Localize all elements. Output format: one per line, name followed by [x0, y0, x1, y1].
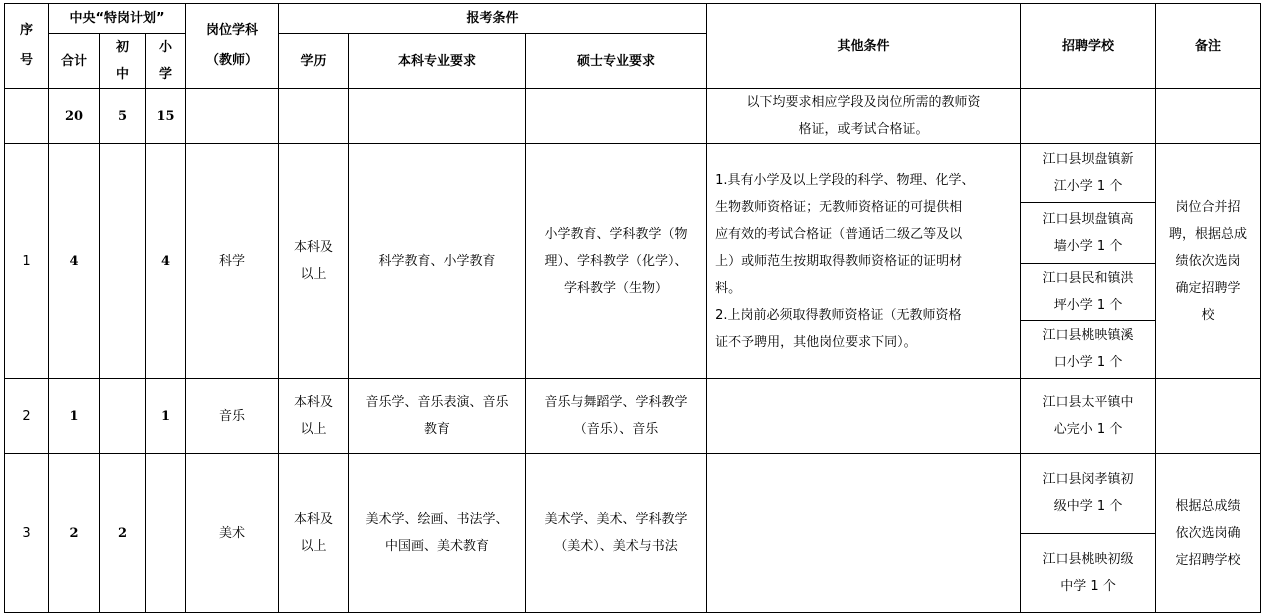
- row-junior: 2: [100, 454, 146, 613]
- summary-junior: 5: [100, 89, 146, 144]
- row-master-major: 小学教育、学科教学（物 理）、学科教学（化学）、 学科教学（生物）: [526, 144, 707, 379]
- row-bachelor-major: 音乐学、音乐表演、音乐 教育: [349, 379, 526, 454]
- row-bachelor-major: 科学教育、小学教育: [349, 144, 526, 379]
- header-seq: 序 号: [5, 4, 49, 89]
- row-master-major: 美术学、美术、学科教学 （美术）、美术与书法: [526, 454, 707, 613]
- row-total: 4: [49, 144, 100, 379]
- row-primary: 1: [146, 379, 186, 454]
- header-plan-group: 中央“特岗计划”: [49, 4, 186, 34]
- row-total: 1: [49, 379, 100, 454]
- header-education: 学历: [279, 34, 349, 89]
- header-master-major: 硕士专业要求: [526, 34, 707, 89]
- summary-other-conditions: 以下均要求相应学段及岗位所需的教师资 格证，或考试合格证。: [707, 89, 1021, 144]
- school-item: 江口县太平镇中 心完小 1 个: [1021, 379, 1156, 454]
- row-master-major: 音乐与舞蹈学、学科教学 （音乐）、音乐: [526, 379, 707, 454]
- header-schools: 招聘学校: [1021, 4, 1156, 89]
- summary-schools: [1021, 89, 1156, 144]
- header-bachelor-major: 本科专业要求: [349, 34, 526, 89]
- row-remarks: 根据总成绩 依次选岗确 定招聘学校: [1156, 454, 1261, 613]
- row-other-conditions: [707, 379, 1021, 454]
- header-plan-primary: 小 学: [146, 34, 186, 89]
- table-row: 1 4 4 科学 本科及 以上 科学教育、小学教育 小学教育、学科教学（物 理）…: [5, 144, 1261, 379]
- row-primary: 4: [146, 144, 186, 379]
- header-conditions-group: 报考条件: [279, 4, 707, 34]
- row-primary: [146, 454, 186, 613]
- summary-seq: [5, 89, 49, 144]
- row-seq: 2: [5, 379, 49, 454]
- summary-master: [526, 89, 707, 144]
- row-subject: 科学: [186, 144, 279, 379]
- row-remarks: 岗位合并招 聘，根据总成 绩依次选岗 确定招聘学 校: [1156, 144, 1261, 379]
- school-item: 江口县桃映初级 中学 1 个: [1021, 533, 1155, 612]
- summary-primary: 15: [146, 89, 186, 144]
- row-seq: 1: [5, 144, 49, 379]
- summary-bachelor: [349, 89, 526, 144]
- summary-education: [279, 89, 349, 144]
- row-other-conditions: 1.具有小学及以上学段的科学、物理、化学、 生物教师资格证；无教师资格证的可提供…: [707, 144, 1021, 379]
- table-row: 3 2 2 美术 本科及 以上 美术学、绘画、书法学、 中国画、美术教育 美术学…: [5, 454, 1261, 613]
- row-junior: [100, 144, 146, 379]
- row-education: 本科及 以上: [279, 379, 349, 454]
- row-bachelor-major: 美术学、绘画、书法学、 中国画、美术教育: [349, 454, 526, 613]
- row-other-conditions: [707, 454, 1021, 613]
- row-subject: 美术: [186, 454, 279, 613]
- row-junior: [100, 379, 146, 454]
- recruitment-table: 序 号 中央“特岗计划” 岗位学科 （教师） 报考条件 其他条件 招聘学校 备注…: [4, 3, 1261, 613]
- row-total: 2: [49, 454, 100, 613]
- table-row: 2 1 1 音乐 本科及 以上 音乐学、音乐表演、音乐 教育 音乐与舞蹈学、学科…: [5, 379, 1261, 454]
- summary-total: 20: [49, 89, 100, 144]
- header-other-conditions: 其他条件: [707, 4, 1021, 89]
- row-schools: 江口县闵孝镇初 级中学 1 个 江口县桃映初级 中学 1 个: [1021, 454, 1156, 613]
- school-item: 江口县闵孝镇初 级中学 1 个: [1021, 454, 1155, 533]
- header-subject: 岗位学科 （教师）: [186, 4, 279, 89]
- school-item: 江口县坝盘镇高 墙小学 1 个: [1021, 203, 1155, 264]
- row-schools: 江口县坝盘镇新 江小学 1 个 江口县坝盘镇高 墙小学 1 个 江口县民和镇洪 …: [1021, 144, 1156, 379]
- row-remarks: [1156, 379, 1261, 454]
- summary-subject: [186, 89, 279, 144]
- header-plan-total: 合计: [49, 34, 100, 89]
- summary-remarks: [1156, 89, 1261, 144]
- summary-row: 20 5 15 以下均要求相应学段及岗位所需的教师资 格证，或考试合格证。: [5, 89, 1261, 144]
- row-education: 本科及 以上: [279, 144, 349, 379]
- header-plan-junior: 初 中: [100, 34, 146, 89]
- school-item: 江口县桃映镇溪 口小学 1 个: [1021, 321, 1155, 378]
- row-education: 本科及 以上: [279, 454, 349, 613]
- row-subject: 音乐: [186, 379, 279, 454]
- header-remarks: 备注: [1156, 4, 1261, 89]
- school-item: 江口县民和镇洪 坪小学 1 个: [1021, 264, 1155, 321]
- school-item: 江口县坝盘镇新 江小学 1 个: [1021, 145, 1155, 203]
- row-seq: 3: [5, 454, 49, 613]
